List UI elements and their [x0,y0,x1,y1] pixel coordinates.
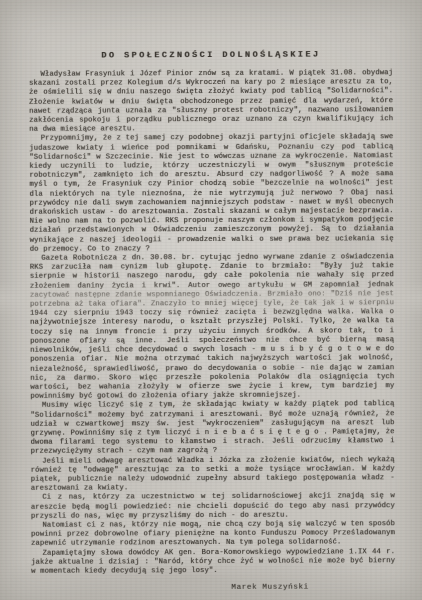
paragraph-4: Musimy więc liczyć się z tym, że składaj… [30,401,394,458]
scanned-page: DO SPOŁECZNOŚCI DOLNOŚLĄSKIEJ Władysław … [0,0,422,600]
paragraph-8: Zapamiętajmy słowa dowódcy AK gen. Bora-… [31,548,395,577]
document-title: DO SPOŁECZNOŚCI DOLNOŚLĄSKIEJ [29,49,393,61]
paragraph-3: Gazeta Robotnicza z dn. 30.08. br. cytuj… [30,253,395,402]
paragraph-2: Przypomnijmy, że z tej samej czy podobne… [29,134,394,255]
paragraph-6: Ci z nas, którzy za uczestnictwo w tej s… [31,493,395,522]
paragraph-1: Władysław Frasyniuk i Józef Pinior znów … [29,69,393,135]
signature: Marek Muszyński [231,583,395,592]
paragraph-5: Jeśli mieli odwagę aresztować Władka i J… [31,456,395,494]
paragraph-7: Natomiast ci z nas, którzy nie mogą, nie… [31,520,395,549]
document-body: DO SPOŁECZNOŚCI DOLNOŚLĄSKIEJ Władysław … [29,49,395,593]
